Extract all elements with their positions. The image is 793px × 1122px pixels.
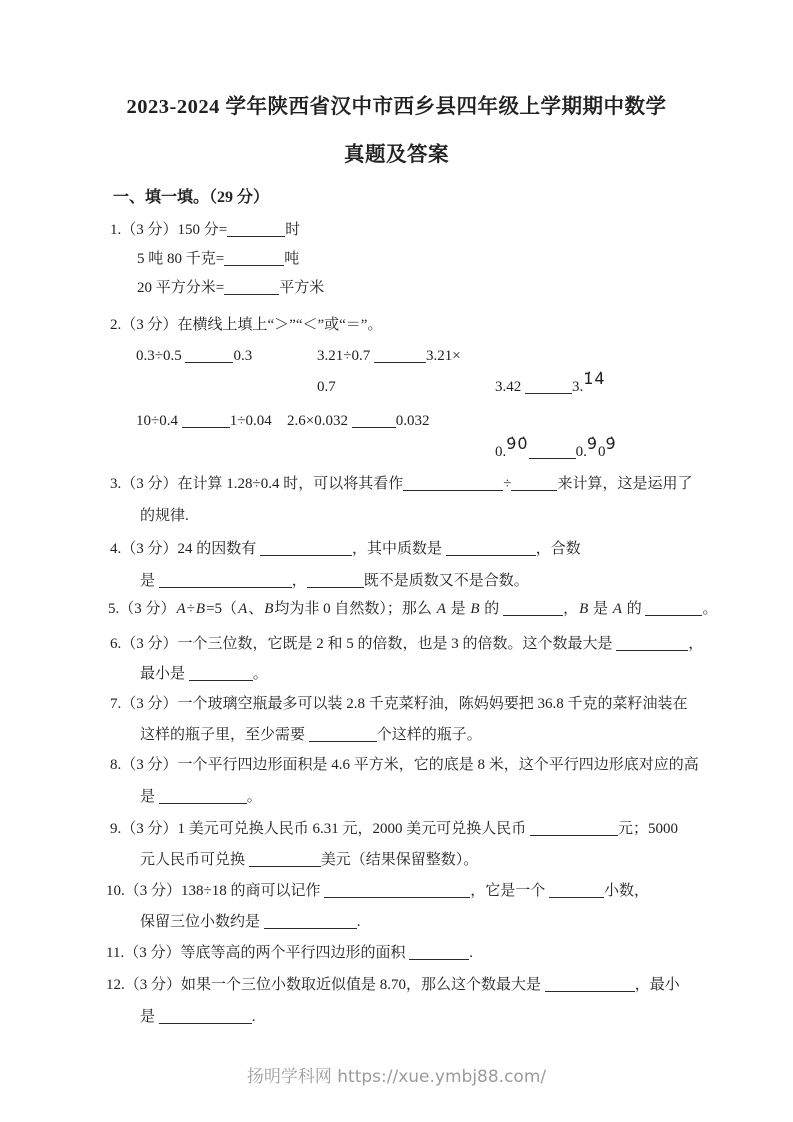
math-variable: B: [578, 601, 589, 617]
text-run: ，它是一个: [470, 883, 549, 899]
text-run: 是: [447, 601, 470, 617]
repeating-decimal-digits: 1̇4̇: [583, 369, 605, 388]
text-run: 个这样的瓶子。: [377, 727, 482, 743]
question-12-line-1: 12.（3 分）如果一个三位小数取近似值是 8.70，那么这个数最大是 ，最小: [106, 974, 680, 996]
question-2-compare-3: 3.42 3.1̇4̇: [495, 376, 606, 398]
text-run: 11.（3 分）等底等高的两个平行四边形的面积: [106, 945, 409, 961]
text-run: 。: [247, 789, 262, 805]
math-variable: A: [237, 601, 248, 617]
answer-blank: [616, 635, 688, 651]
text-run: 0.3: [233, 348, 252, 364]
question-7-line-2: 这样的瓶子里，至少需要 个这样的瓶子。: [140, 724, 482, 746]
text-run: ÷: [503, 476, 511, 492]
text-run: 5 吨 80 千克=: [137, 251, 224, 267]
answer-blank: [249, 851, 321, 867]
exam-document-page: 2023-2024 学年陕西省汉中市西乡县四年级上学期期中数学 真题及答案 一、…: [0, 0, 793, 1122]
text-run: 均为非 0 自然数）；那么: [274, 601, 435, 617]
answer-blank: [645, 600, 702, 616]
question-4-line-1: 4.（3 分）24 的因数有 ，其中质数是 ，合数: [110, 538, 581, 560]
text-run: 2.6×0.032: [287, 413, 352, 429]
text-run: 0.3÷0.5: [136, 348, 185, 364]
question-12-line-2: 是 .: [140, 1006, 256, 1028]
question-10-line-2: 保留三位小数约是 .: [140, 911, 361, 933]
text-run: 元；5000: [618, 821, 678, 837]
answer-blank: [545, 976, 635, 992]
text-run: 来计算，这是运用了: [557, 476, 692, 492]
text-run: 0.032: [396, 413, 430, 429]
answer-blank: [511, 475, 557, 491]
text-run: 3.21÷0.7: [317, 348, 374, 364]
text-run: 20 平方分米=: [137, 280, 224, 296]
text-run: 7.（3 分）一个玻璃空瓶最多可以装 2.8 千克菜籽油，陈妈妈要把 36.8 …: [110, 696, 688, 712]
answer-blank: [446, 540, 536, 556]
answer-blank: [530, 820, 618, 836]
answer-blank: [189, 665, 253, 681]
text-run: 的: [623, 601, 646, 617]
answer-blank: [182, 412, 230, 428]
question-9-line-2: 元人民币可兑换 美元（结果保留整数）。: [140, 849, 478, 871]
question-8-line-1: 8.（3 分）一个平行四边形面积是 4.6 平方米，它的底是 8 米，这个平行四…: [110, 754, 699, 776]
text-run: ，: [688, 636, 703, 652]
question-1-line-2: 5 吨 80 千克=吨: [137, 248, 299, 270]
text-run: 3.21×: [426, 348, 461, 364]
question-2-intro: 2.（3 分）在横线上填上“＞”“＜”或“＝”。: [110, 314, 382, 336]
text-run: 是: [140, 573, 159, 589]
text-run: 保留三位小数约是: [140, 914, 264, 930]
text-run: 0.: [495, 444, 506, 460]
text-run: 3.42: [495, 379, 525, 395]
text-run: 3.: [572, 379, 583, 395]
text-run: 8.（3 分）一个平行四边形面积是 4.6 平方米，它的底是 8 米，这个平行四…: [110, 757, 699, 773]
text-run: 9.（3 分）1 美元可兑换人民币 6.31 元，2000 美元可兑换人民币: [110, 821, 530, 837]
question-2-compare-4: 10÷0.4 1÷0.04: [136, 410, 272, 432]
text-run: 3.（3 分）在计算 1.28÷0.4 时，可以将其看作: [110, 476, 403, 492]
answer-blank: [224, 250, 284, 266]
answer-blank: [159, 788, 247, 804]
question-6-line-1: 6.（3 分）一个三位数，它既是 2 和 5 的倍数，也是 3 的倍数。这个数最…: [110, 633, 703, 655]
answer-blank: [227, 221, 285, 237]
question-7-line-1: 7.（3 分）一个玻璃空瓶最多可以装 2.8 千克菜籽油，陈妈妈要把 36.8 …: [110, 693, 688, 715]
text-run: 0.: [576, 444, 587, 460]
section-1-heading: 一、填一填。（29 分）: [113, 187, 269, 209]
answer-blank: [525, 378, 572, 394]
question-3-line-1: 3.（3 分）在计算 1.28÷0.4 时，可以将其看作÷来计算，这是运用了: [110, 473, 692, 495]
text-run: 元人民币可兑换: [140, 852, 249, 868]
text-run: 2.（3 分）在横线上填上“＞”“＜”或“＝”。: [110, 317, 382, 333]
text-run: ，合数: [536, 541, 581, 557]
question-9-line-1: 9.（3 分）1 美元可兑换人民币 6.31 元，2000 美元可兑换人民币 元…: [110, 818, 678, 840]
math-variable: B: [469, 601, 480, 617]
answer-blank: [352, 412, 396, 428]
text-run: 是: [589, 601, 612, 617]
answer-blank: [224, 279, 279, 295]
answer-blank: [185, 347, 233, 363]
repeating-decimal-digits: 9̇: [606, 434, 617, 453]
text-run: ，最小: [635, 977, 680, 993]
question-2-compare-1: 0.3÷0.5 0.3: [136, 345, 252, 367]
page-footer: 扬明学科网 https://xue.ymbj88.com/: [0, 1066, 793, 1088]
text-run: 吨: [284, 251, 299, 267]
answer-blank: [307, 572, 364, 588]
text-run: 时: [285, 222, 300, 238]
repeating-decimal-digits: 9̇0̇: [506, 434, 528, 453]
text-run: 6.（3 分）一个三位数，它既是 2 和 5 的倍数，也是 3 的倍数。这个数最…: [110, 636, 616, 652]
text-run: 是: [140, 1009, 159, 1025]
question-2-compare-5: 2.6×0.032 0.032: [287, 410, 429, 432]
text-run: 0.7: [317, 379, 336, 395]
text-run: 10÷0.4: [136, 413, 182, 429]
text-run: .: [357, 914, 361, 930]
text-run: 平方米: [279, 280, 324, 296]
text-run: .: [252, 1009, 256, 1025]
text-run: 0: [598, 444, 606, 460]
answer-blank: [409, 944, 469, 960]
answer-blank: [374, 347, 426, 363]
question-10-line-1: 10.（3 分）138÷18 的商可以记作 ，它是一个 小数，: [106, 880, 649, 902]
answer-blank: [159, 572, 292, 588]
text-run: 。: [702, 601, 717, 617]
text-run: 的规律.: [140, 508, 189, 524]
question-6-line-2: 最小是 。: [140, 663, 268, 685]
math-variable: B: [195, 601, 206, 617]
repeating-decimal-digits: 9̇: [587, 434, 598, 453]
question-11-line-1: 11.（3 分）等底等高的两个平行四边形的面积 .: [106, 942, 473, 964]
answer-blank: [529, 443, 576, 459]
text-run: 12.（3 分）如果一个三位小数取近似值是 8.70，那么这个数最大是: [106, 977, 545, 993]
answer-blank: [260, 540, 352, 556]
answer-blank: [309, 726, 377, 742]
text-run: ，其中质数是: [352, 541, 446, 557]
text-run: 的: [481, 601, 504, 617]
answer-blank: [549, 882, 604, 898]
text-run: 1.（3 分）150 分=: [110, 222, 227, 238]
question-1-line-1: 1.（3 分）150 分=时: [110, 219, 300, 241]
text-run: .: [469, 945, 473, 961]
text-run: 10.（3 分）138÷18 的商可以记作: [106, 883, 324, 899]
text-run: ÷: [187, 601, 195, 617]
math-variable: A: [612, 601, 623, 617]
text-run: 美元（结果保留整数）。: [321, 852, 479, 868]
text-run: ，: [563, 601, 578, 617]
text-run: 既不是质数又不是合数。: [364, 573, 529, 589]
question-8-line-2: 是 。: [140, 786, 262, 808]
question-2-compare-6: 0.9̇0̇0.9̇09̇: [495, 441, 617, 463]
question-3-line-2: 的规律.: [140, 505, 189, 527]
text-run: 这样的瓶子里，至少需要: [140, 727, 309, 743]
page-title-line1: 2023-2024 学年陕西省汉中市西乡县四年级上学期期中数学: [0, 96, 793, 118]
math-variable: A: [176, 601, 187, 617]
text-run: 是: [140, 789, 159, 805]
question-5-line-1: 5.（3 分）A÷B=5（A、B均为非 0 自然数）；那么 A 是 B 的 ，B…: [108, 598, 717, 620]
answer-blank: [403, 475, 503, 491]
question-2-compare-2: 3.21÷0.7 3.21×: [317, 345, 461, 367]
answer-blank: [503, 600, 563, 616]
text-run: 。: [253, 666, 268, 682]
text-run: 小数，: [604, 883, 649, 899]
answer-blank: [324, 882, 470, 898]
math-variable: B: [263, 601, 274, 617]
question-2-compare-2-cont: 0.7: [317, 376, 336, 398]
answer-blank: [264, 913, 357, 929]
math-variable: A: [436, 601, 447, 617]
question-1-line-3: 20 平方分米=平方米: [137, 277, 324, 299]
answer-blank: [159, 1008, 252, 1024]
question-4-line-2: 是 ，既不是质数又不是合数。: [140, 570, 529, 592]
text-run: 最小是: [140, 666, 189, 682]
page-title-line2: 真题及答案: [0, 144, 793, 166]
text-run: 1÷0.04: [230, 413, 272, 429]
text-run: 5.（3 分）: [108, 601, 176, 617]
text-run: 、: [248, 601, 263, 617]
text-run: ，: [292, 573, 307, 589]
text-run: =5（: [206, 601, 237, 617]
text-run: 4.（3 分）24 的因数有: [110, 541, 260, 557]
